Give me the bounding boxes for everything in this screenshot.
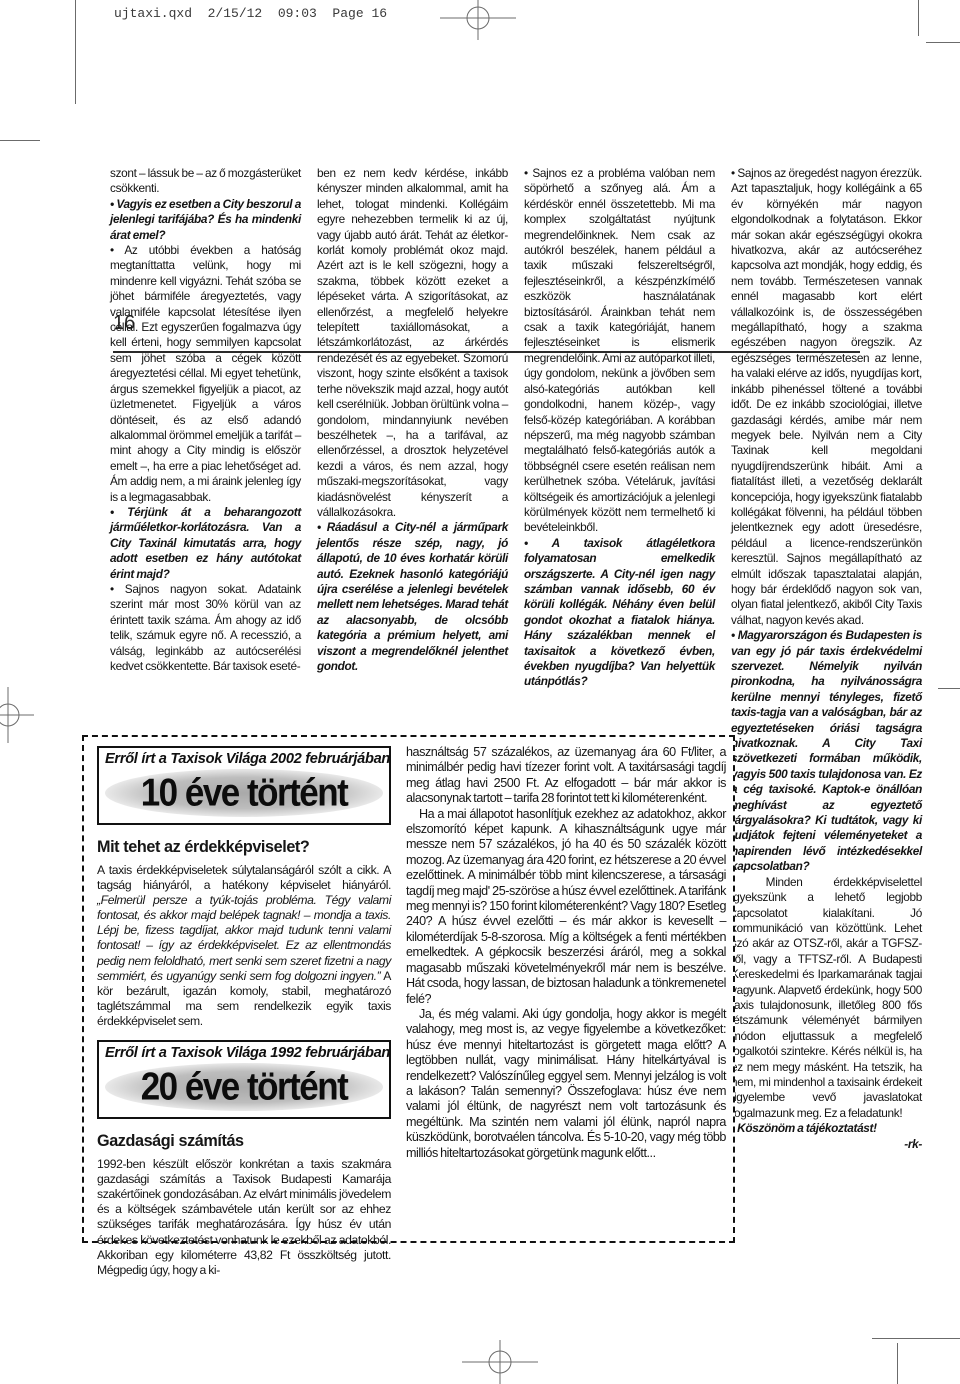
retro-section-1992-banner: Erről írt a Taxisok Világa 1992 februárj… [97, 1040, 391, 1119]
crop-mark-top-left-horizontal [0, 140, 40, 141]
crop-mark-top-right-horizontal [926, 42, 960, 43]
column-4: • Sajnos az öregedést nagyon érezzük. Az… [731, 166, 922, 1152]
magazine-page: ujtaxi.qxd 2/15/12 09:03 Page 16 16 szon… [0, 0, 960, 1384]
retro-box: Erről írt a Taxisok Világa 2002 februárj… [82, 735, 735, 1243]
banner-label: Erről írt a Taxisok Világa 2002 februárj… [105, 751, 383, 767]
paragraph: használtság 57 százalékos, az üzemanyag … [406, 745, 726, 807]
interview-answer: • Minden érdekképviselettel igyekszünk a… [731, 875, 922, 1122]
registration-mark-icon [440, 0, 516, 44]
section-heading: Gazdasági számítás [97, 1132, 391, 1151]
interview-question: • A taxisok átlagéletkora folyamatosan e… [524, 536, 715, 690]
banner-title: 10 éve történt [141, 771, 348, 816]
section-body: A taxis érdekképviseletek súlytalanságár… [97, 863, 391, 1029]
crop-mark-bottom-right-vertical [897, 1343, 898, 1384]
banner-ellipse: 10 éve történt [105, 769, 383, 817]
body-text: A taxis érdekképviseletek súlytalanságár… [97, 863, 391, 892]
paragraph: ben ez nem kedv kérdése, inkább kényszer… [317, 166, 508, 520]
crop-mark-bottom-right-horizontal [872, 1338, 960, 1339]
interview-answer: • Sajnos nagyon sokat. Adataink szerint … [110, 582, 301, 674]
document-slug: ujtaxi.qxd 2/15/12 09:03 Page 16 [114, 6, 387, 21]
banner-title: 20 éve történt [141, 1065, 348, 1110]
retro-section-2002-banner: Erről írt a Taxisok Világa 2002 februárj… [97, 746, 391, 825]
interview-question: • Magyarországon és Budapesten is van eg… [731, 628, 922, 875]
registration-mark-icon [462, 1340, 538, 1384]
body-quote: „Felmerül persze a tyúk-tojás probléma. … [97, 893, 391, 982]
banner-label: Erről írt a Taxisok Világa 1992 februárj… [105, 1045, 383, 1061]
banner-ellipse: 20 éve történt [105, 1063, 383, 1111]
registration-mark-icon [0, 687, 36, 743]
interview-answer: • Az utóbbi években a hatóság megtanítta… [110, 243, 301, 505]
crop-mark-top-right-vertical [918, 0, 919, 36]
paragraph: Ha a mai állapotot hasonlítjuk ezekhez a… [406, 807, 726, 1007]
interview-question: • Térjünk át a beharangozott járműéletko… [110, 505, 301, 582]
retro-right-column: használtság 57 százalékos, az üzemanyag … [406, 745, 726, 1161]
section-heading: Mit tehet az érdekképviselet? [97, 838, 391, 857]
section-body: 1992-ben készült először konkrétan a tax… [97, 1157, 391, 1278]
registration-mark-right-partial [938, 688, 960, 689]
author-signature: -rk- [731, 1137, 922, 1152]
interview-answer: • Sajnos ez a probléma valóban nem söpör… [524, 166, 715, 536]
paragraph: szont – lássuk be – az ő mozgásterüket c… [110, 166, 301, 197]
retro-left-column: Erről írt a Taxisok Világa 2002 februárj… [97, 746, 391, 1278]
interview-answer: • Sajnos az öregedést nagyon érezzük. Az… [731, 166, 922, 628]
interview-question: • Vagyis ez esetben a City beszorul a je… [110, 197, 301, 243]
interview-question: • Ráadásul a City-nél a járműpark jelent… [317, 520, 508, 674]
crop-mark-top-left-vertical [75, 0, 76, 104]
paragraph: Ja, és még valami. Aki úgy gondolja, hog… [406, 1007, 726, 1161]
closing-line: • Köszönöm a tájékoztatást! [731, 1121, 922, 1136]
